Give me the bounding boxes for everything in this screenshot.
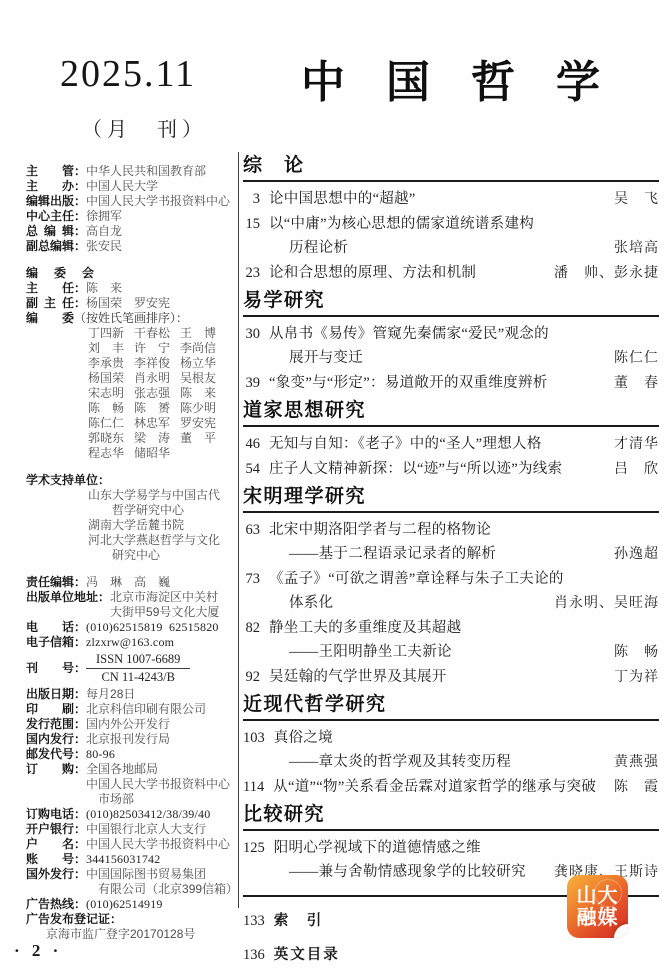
publication-info-entry-value-line: 市场部 <box>86 792 234 807</box>
publisher-info-entry-value: 中国人民大学 <box>86 179 234 194</box>
board-deputy-label-text: 副主任 <box>26 296 74 311</box>
publication-info-entry-label: 邮发代号： <box>26 747 86 762</box>
toc-item-row: 63北宋中期洛阳学者与二程的格物论 <box>243 518 659 542</box>
publication-info-entry-label: 刊号： <box>26 661 86 676</box>
article-page-number: 73 <box>243 567 269 591</box>
publication-info-entry-value-line: 中国银行北京人大支行 <box>86 822 234 837</box>
publisher-info-entry: 副总编辑：张安民 <box>26 239 234 254</box>
member-name: 肖永明 <box>134 371 176 386</box>
publication-info-entry: 账号：344156031742 <box>26 852 234 867</box>
editorial-board-block: 编 委 会主任：陈 来副主任：杨国荣 罗安宪编委（按姓氏笔画排序）：丁四新干春松… <box>26 266 234 461</box>
article-page-number: 23 <box>243 261 269 285</box>
label-colon: ： <box>74 702 86 716</box>
article-title-line: 北宋中期洛阳学者与二程的格物论 <box>269 518 491 542</box>
publication-info-block: 责任编辑：冯 琳 高 巍出版单位地址：北京市海淀区中关村大街甲59号文化大厦电话… <box>26 575 234 942</box>
academic-support-block: 学术支持单位：山东大学易学与中国古代哲学研究中心湖南大学岳麓书院河北大学燕赵哲学… <box>26 473 234 563</box>
journal-title: 中 国 哲 学 <box>288 46 628 110</box>
toc-item-row: ——基于二程语录记录者的解析孙逸超 <box>243 542 659 567</box>
publisher-info-entry-label: 总编辑： <box>26 224 86 239</box>
article-authors: 潘 帅、彭永捷 <box>546 262 659 286</box>
publisher-info-entry: 编辑出版：中国人民大学书报资料中心 <box>26 194 234 209</box>
publication-info-entry-value: ISSN 1007-6689CN 11-4243/B <box>86 652 234 685</box>
article-title-line: ——兼与舍勒情感现象学的比较研究 <box>269 860 526 884</box>
publication-info-entry-label: 广告发布登记证： <box>26 912 234 927</box>
article-authors: 黄燕强 <box>606 751 659 775</box>
article-page-number: 92 <box>243 665 269 689</box>
publication-info-entry-label-text: 开户银行 <box>26 822 74 837</box>
toc-item-row: 82静坐工夫的多重维度及其超越 <box>243 616 659 640</box>
publication-info-entry-label: 出版日期： <box>26 687 86 702</box>
publication-info-entry-value: zlzxrw@163.com <box>86 635 234 650</box>
toc-section-title: 近现代哲学研究 <box>243 693 659 721</box>
label-colon: ： <box>74 179 86 193</box>
publication-info-entry-value: 每月28日 <box>86 687 234 702</box>
publisher-info-entry-label-text: 副总编辑 <box>26 239 74 254</box>
member-name: 陈 畅 <box>88 401 130 416</box>
article-authors: 陈仁仁 <box>606 347 659 371</box>
article-authors: 董 春 <box>606 372 659 396</box>
publication-info-entry-label-text: 广告热线 <box>26 897 74 912</box>
editorial-board-heading: 编 委 会 <box>26 266 234 281</box>
publication-info-entry-value-line: 国内外公开发行 <box>86 717 234 732</box>
member-name: 宋志明 <box>88 386 130 401</box>
publisher-info-entry: 主办：中国人民大学 <box>26 179 234 194</box>
toc-item-row: 23论和合思想的原理、方法和机制潘 帅、彭永捷 <box>243 261 659 286</box>
publication-info-entry-label: 发行范围： <box>26 717 86 732</box>
label-colon: ： <box>74 296 86 310</box>
article-title-line: 体系化 <box>269 591 333 615</box>
member-name: 李尚信 <box>180 341 234 356</box>
toc-item-row: 39“象变”与“形定”：易道敞开的双重维度辨析董 春 <box>243 371 659 396</box>
academic-support-line: 哲学研究中心 <box>26 503 234 518</box>
publication-info-entry-value-line: zlzxrw@163.com <box>86 635 234 650</box>
board-director-value-line: 陈 来 <box>86 281 234 296</box>
publisher-info-entry-value-line: 中国人民大学书报资料中心 <box>86 194 234 209</box>
member-name: 罗安宪 <box>180 416 234 431</box>
publication-info-entry-label: 账号： <box>26 852 86 867</box>
toc-item-row: 73《孟子》“可欲之谓善”章诠释与朱子工夫论的 <box>243 567 659 591</box>
article-page-number: 136 <box>243 943 274 967</box>
publisher-info-entry-label-text: 编辑出版 <box>26 194 74 209</box>
board-members-note: （按姓氏笔画排序）： <box>74 311 234 326</box>
publication-info-entry: 电子信箱：zlzxrw@163.com <box>26 635 234 650</box>
publication-info-entry-label-text: 出版日期 <box>26 687 74 702</box>
publication-info-entry-label: 订购： <box>26 762 86 807</box>
toc-item-row: ——王阳明静坐工夫新论陈 畅 <box>243 640 659 665</box>
member-name: 梁 涛 <box>134 431 176 446</box>
member-name: 储昭华 <box>134 446 176 461</box>
publication-info-entry-label: 责任编辑： <box>26 575 86 590</box>
column-divider <box>238 152 239 908</box>
publication-info-entry-value: 北京报刊发行局 <box>86 732 234 747</box>
member-name: 程志华 <box>88 446 130 461</box>
publication-info-entry-label-text: 户名 <box>26 837 74 852</box>
article-page-number: 63 <box>243 518 269 542</box>
member-name: 郭晓东 <box>88 431 130 446</box>
publication-info-entry-label: 开户银行： <box>26 822 86 837</box>
academic-support-line: 湖南大学岳麓书院 <box>26 518 234 533</box>
toc-section-title: 宋明理学研究 <box>243 485 659 513</box>
article-title-line: 真俗之境 <box>274 726 333 750</box>
toc-item-row: 54庄子人文精神新探：以“迹”与“所以迹”为线索吕 欣 <box>243 457 659 482</box>
article-authors: 吕 欣 <box>606 458 659 482</box>
publication-info-entry-value: 北京科信印刷有限公司 <box>86 702 234 717</box>
toc-item-row: ——章太炎的哲学观及其转变历程黄燕强 <box>243 750 659 775</box>
publication-info-entry-label-text: 发行范围 <box>26 717 74 732</box>
publication-info-entry-label: 国内发行： <box>26 732 86 747</box>
publication-info-entry-label-text: 印刷 <box>26 702 74 717</box>
publication-info-entry-value-line: 冯 琳 高 巍 <box>86 575 234 590</box>
article-page-number: 82 <box>243 616 269 640</box>
board-director-label: 主任： <box>26 281 86 296</box>
member-name: 陈少明 <box>180 401 234 416</box>
publisher-info-entry: 总编辑：高自龙 <box>26 224 234 239</box>
publisher-info-entry-label: 主办： <box>26 179 86 194</box>
member-name: 张志强 <box>134 386 176 401</box>
article-authors: 孙逸超 <box>606 543 659 567</box>
toc-section-title: 综 论 <box>243 154 659 182</box>
publication-info-entry-value: 冯 琳 高 巍 <box>86 575 234 590</box>
logo-text-line2: 融媒 <box>577 907 619 929</box>
publication-info-entry-label-text: 电话 <box>26 620 74 635</box>
article-page-number: 39 <box>243 371 269 395</box>
publication-info-entry-value-line: 北京科信印刷有限公司 <box>86 702 234 717</box>
member-name: 董 平 <box>180 431 234 446</box>
publication-info-entry-value: (010)82503412/38/39/40 <box>86 807 234 822</box>
publisher-info-entry-value: 徐拥军 <box>86 209 234 224</box>
article-title-line: 阳明心学视域下的道德情感之维 <box>274 836 481 860</box>
publication-info-entry-value-line: 中国国际图书贸易集团 <box>86 867 234 882</box>
member-name: 杨国荣 <box>88 371 130 386</box>
toc-item-row: 30从帛书《易传》管窥先秦儒家“爱民”观念的 <box>243 322 659 346</box>
end-item-title: 英文目录 <box>274 943 340 967</box>
publication-info-entry-value-line: 80-96 <box>86 747 234 762</box>
article-title-line: ——基于二程语录记录者的解析 <box>269 542 496 566</box>
board-members-label: 编委 <box>26 311 74 326</box>
publisher-info-entry-value-line: 中国人民大学 <box>86 179 234 194</box>
article-page-number: 3 <box>243 187 269 211</box>
publisher-info-entry-label-text: 主管 <box>26 164 74 179</box>
publisher-info-entry-value: 张安民 <box>86 239 234 254</box>
member-name: 丁四新 <box>88 326 130 341</box>
label-colon: ： <box>74 620 86 634</box>
article-title-line: “象变”与“形定”：易道敞开的双重维度辨析 <box>269 371 548 395</box>
board-director-value: 陈 来 <box>86 281 234 296</box>
publisher-info-entry-value: 高自龙 <box>86 224 234 239</box>
publisher-info-entry-label: 主管： <box>26 164 86 179</box>
publisher-info-entry-value-line: 张安民 <box>86 239 234 254</box>
board-members-label-text: 编委 <box>26 311 74 326</box>
board-director: 主任：陈 来 <box>26 281 234 296</box>
publication-info-entry: 出版单位地址：北京市海淀区中关村大街甲59号文化大厦 <box>26 590 234 620</box>
article-title-line: 历程论析 <box>269 236 348 260</box>
publication-info-entry: 广告热线：(010)62514919 <box>26 897 234 912</box>
journal-contents-page: 2025.11 （月 刊） 中 国 哲 学 主管：中华人民共和国教育部主办：中国… <box>0 0 672 980</box>
publication-info-entry-value-line: (010)62514919 <box>86 897 234 912</box>
board-members-row: 编委（按姓氏笔画排序）： <box>26 311 234 326</box>
logo-text-line1: 山大 <box>577 885 619 907</box>
publication-info-entry: 广告发布登记证：京海市监广登字20170128号 <box>26 912 234 942</box>
publication-info-entry-label-text: 电子信箱 <box>26 635 74 650</box>
publication-info-entry-value-line: 京海市监广登字20170128号 <box>26 927 234 942</box>
member-name: 王 博 <box>180 326 234 341</box>
article-authors: 陈 霞 <box>606 776 659 800</box>
member-name: 陈 来 <box>180 386 234 401</box>
article-page-number: 103 <box>243 726 274 750</box>
publication-info-entry: 发行范围：国内外公开发行 <box>26 717 234 732</box>
article-authors: 肖永明、吴旺海 <box>546 592 659 616</box>
member-name: 林忠军 <box>134 416 176 431</box>
shanda-media-logo: 山大 融媒 <box>567 875 628 938</box>
member-name: 陈仁仁 <box>88 416 130 431</box>
article-title-line: ——章太炎的哲学观及其转变历程 <box>269 750 511 774</box>
toc-section-title: 道家思想研究 <box>243 399 659 427</box>
label-colon: ： <box>74 717 86 731</box>
publication-info-entry: 邮发代号：80-96 <box>26 747 234 762</box>
board-deputy-value-line: 杨国荣 罗安宪 <box>86 296 234 311</box>
publication-info-entry-value: 国内外公开发行 <box>86 717 234 732</box>
issue-date: 2025.11 <box>60 52 196 96</box>
member-name: 李祥俊 <box>134 356 176 371</box>
publication-info-entry: 电话：(010)62515819 62515820 <box>26 620 234 635</box>
publication-info-entry-value: 中国银行北京人大支行 <box>86 822 234 837</box>
publication-info-entry-value-line: 中国人民大学书报资料中心 <box>86 777 234 792</box>
academic-support-line: 研究中心 <box>26 548 234 563</box>
publication-info-entry: 国内发行：北京报刊发行局 <box>26 732 234 747</box>
board-members-grid: 丁四新干春松王 博刘 丰许 宁李尚信李承贵李祥俊杨立华杨国荣肖永明吴根友宋志明张… <box>26 326 234 461</box>
label-colon: ： <box>74 164 86 178</box>
member-name: 陈 赟 <box>134 401 176 416</box>
toc-item-row: 3论中国思想中的“超越”吴 飞 <box>243 187 659 212</box>
publication-info-entry-label: 户名： <box>26 837 86 852</box>
table-of-contents: 综 论3论中国思想中的“超越”吴 飞15以“中庸”为核心思想的儒家道统谱系建构历… <box>243 151 659 977</box>
publisher-info-entry-value-line: 中华人民共和国教育部 <box>86 164 234 179</box>
article-authors: 丁为祥 <box>606 666 659 690</box>
toc-item-row: 展开与变迁陈仁仁 <box>243 346 659 371</box>
publication-info-entry-value-line: 有限公司（北京399信箱） <box>86 882 234 897</box>
publisher-info-entry-label: 副总编辑： <box>26 239 86 254</box>
label-colon: ： <box>74 281 86 295</box>
label-colon: ： <box>74 239 86 253</box>
member-name: 干春松 <box>134 326 176 341</box>
board-director-label-text: 主任 <box>26 281 74 296</box>
article-title-line: ——王阳明静坐工夫新论 <box>269 640 452 664</box>
toc-item-row: 92吴廷翰的气学世界及其展开丁为祥 <box>243 665 659 690</box>
publication-info-entry: 订购：全国各地邮局中国人民大学书报资料中心市场部 <box>26 762 234 807</box>
publication-info-entry-value-line: 每月28日 <box>86 687 234 702</box>
publication-info-entry-label-text: 账号 <box>26 852 74 867</box>
toc-section-title: 易学研究 <box>243 289 659 317</box>
publisher-info-entry: 主管：中华人民共和国教育部 <box>26 164 234 179</box>
article-authors: 吴 飞 <box>606 188 659 212</box>
label-colon: ： <box>74 687 86 701</box>
publisher-info-entry-label: 编辑出版： <box>26 194 86 209</box>
member-name: 李承贵 <box>88 356 130 371</box>
publisher-info-entry-label: 中心主任： <box>26 209 86 224</box>
publication-info-entry: 刊号：ISSN 1007-6689CN 11-4243/B <box>26 652 234 685</box>
toc-item-row: 125阳明心学视域下的道德情感之维 <box>243 836 659 860</box>
page-footer-number: · 2 · <box>14 941 62 961</box>
publication-info-entry-value: (010)62514919 <box>86 897 234 912</box>
article-title-line: 展开与变迁 <box>269 346 363 370</box>
publication-info-entry: 国外发行：中国国际图书贸易集团有限公司（北京399信箱） <box>26 867 234 897</box>
toc-item-row: 体系化肖永明、吴旺海 <box>243 591 659 616</box>
publisher-info-entry: 中心主任：徐拥军 <box>26 209 234 224</box>
label-colon: ： <box>74 209 86 223</box>
publication-info-entry-value: 北京市海淀区中关村大街甲59号文化大厦 <box>110 590 234 620</box>
publication-info-entry: 出版日期：每月28日 <box>26 687 234 702</box>
publication-info-entry-value: 全国各地邮局中国人民大学书报资料中心市场部 <box>86 762 234 807</box>
publication-info-entry-label: 电子信箱： <box>26 635 86 650</box>
member-name <box>180 446 234 461</box>
label-colon: ： <box>74 194 86 208</box>
article-authors: 才清华 <box>606 433 659 457</box>
publication-info-entry: 印刷：北京科信印刷有限公司 <box>26 702 234 717</box>
publisher-info-entry-value-line: 高自龙 <box>86 224 234 239</box>
issn-cn-fraction: ISSN 1007-6689CN 11-4243/B <box>86 652 190 685</box>
publication-info-entry-label: 广告热线： <box>26 897 86 912</box>
label-colon: ： <box>98 590 110 604</box>
label-colon: ： <box>74 224 86 238</box>
label-colon: ： <box>74 822 86 836</box>
publication-info-entry-value-line: 全国各地邮局 <box>86 762 234 777</box>
article-title-line: 吴廷翰的气学世界及其展开 <box>269 665 447 689</box>
publisher-info-entry-label-text: 主办 <box>26 179 74 194</box>
publication-info-entry-label: 订购电话： <box>26 807 86 822</box>
publication-info-entry-value-line: 中国人民大学书报资料中心 <box>86 837 234 852</box>
academic-support-line: 河北大学燕赵哲学与文化 <box>26 533 234 548</box>
cn-number: CN 11-4243/B <box>86 669 190 685</box>
article-page-number: 30 <box>243 322 269 346</box>
article-title-line: 论中国思想中的“超越” <box>269 187 416 211</box>
publication-info-entry-value: 80-96 <box>86 747 234 762</box>
end-item-title: 索 引 <box>274 909 324 933</box>
article-title-line: 庄子人文精神新探：以“迹”与“所以迹”为线索 <box>269 457 562 481</box>
publisher-info-entry-value-line: 徐拥军 <box>86 209 234 224</box>
label-colon: ： <box>74 762 86 776</box>
label-colon: ： <box>74 867 86 881</box>
publication-info-entry-value: 344156031742 <box>86 852 234 867</box>
publication-info-entry-label-text: 订购电话 <box>26 807 74 822</box>
publication-info-entry-label-text: 邮发代号 <box>26 747 74 762</box>
member-name: 杨立华 <box>180 356 234 371</box>
frequency-label: （月 刊） <box>82 113 207 142</box>
article-page-number: 15 <box>243 212 269 236</box>
article-title-line: 从“道”“物”关系看金岳霖对道家哲学的继承与突破 <box>273 775 596 799</box>
label-colon: ： <box>74 575 86 589</box>
article-page-number: 125 <box>243 836 274 860</box>
toc-item-row: 46无知与自知：《老子》中的“圣人”理想人格才清华 <box>243 432 659 457</box>
label-colon: ： <box>74 635 86 649</box>
board-deputy: 副主任：杨国荣 罗安宪 <box>26 296 234 311</box>
publication-info-entry-label-text: 责任编辑 <box>26 575 74 590</box>
article-authors: 张培高 <box>606 237 659 261</box>
member-name: 许 宁 <box>134 341 176 356</box>
article-title-line: 无知与自知：《老子》中的“圣人”理想人格 <box>269 432 542 456</box>
publication-info-entry-label: 印刷： <box>26 702 86 717</box>
toc-end-row: 136英文目录 <box>243 943 659 967</box>
board-deputy-value: 杨国荣 罗安宪 <box>86 296 234 311</box>
label-colon: ： <box>74 732 86 746</box>
article-title-line: 以“中庸”为核心思想的儒家道统谱系建构 <box>269 212 534 236</box>
publication-info-entry-value-line: (010)82503412/38/39/40 <box>86 807 234 822</box>
publication-info-entry-value-line: 344156031742 <box>86 852 234 867</box>
publication-info-entry: 开户银行：中国银行北京人大支行 <box>26 822 234 837</box>
publication-info-entry: 订购电话：(010)82503412/38/39/40 <box>26 807 234 822</box>
label-colon: ： <box>74 837 86 851</box>
article-page-number: 54 <box>243 457 269 481</box>
label-colon: ： <box>74 807 86 821</box>
publisher-info-entry-value: 中华人民共和国教育部 <box>86 164 234 179</box>
issn-number: ISSN 1007-6689 <box>86 652 190 669</box>
academic-support-line: 山东大学易学与中国古代 <box>26 488 234 503</box>
publisher-info-block: 主管：中华人民共和国教育部主办：中国人民大学编辑出版：中国人民大学书报资料中心中… <box>26 164 234 254</box>
toc-section-title: 比较研究 <box>243 803 659 831</box>
member-name: 吴根友 <box>180 371 234 386</box>
publisher-info-entry-label-text: 总编辑 <box>26 224 74 239</box>
publication-info-entry-value-line: (010)62515819 62515820 <box>86 620 234 635</box>
publication-info-entry-label-text: 刊号 <box>26 661 74 676</box>
article-title-line: 论和合思想的原理、方法和机制 <box>269 261 476 285</box>
publication-info-entry-label-text: 国内发行 <box>26 732 74 747</box>
member-name: 刘 丰 <box>88 341 130 356</box>
publisher-info-entry-label-text: 中心主任 <box>26 209 74 224</box>
publication-info-entry-value-line: 大街甲59号文化大厦 <box>110 605 234 620</box>
label-colon: ： <box>74 897 86 911</box>
board-deputy-label: 副主任： <box>26 296 86 311</box>
publication-info-entry-label-text: 出版单位地址 <box>26 590 98 605</box>
article-title-line: 从帛书《易传》管窥先秦儒家“爱民”观念的 <box>269 322 549 346</box>
masthead-info-column: 主管：中华人民共和国教育部主办：中国人民大学编辑出版：中国人民大学书报资料中心中… <box>26 164 234 942</box>
publication-info-entry-value: (010)62515819 62515820 <box>86 620 234 635</box>
publication-info-entry-label: 电话： <box>26 620 86 635</box>
toc-item-row: 103真俗之境 <box>243 726 659 750</box>
label-colon: ： <box>74 661 86 675</box>
toc-item-row: 114从“道”“物”关系看金岳霖对道家哲学的继承与突破陈 霞 <box>243 775 659 800</box>
publication-info-entry-label: 国外发行： <box>26 867 86 897</box>
toc-item-row: 15以“中庸”为核心思想的儒家道统谱系建构 <box>243 212 659 236</box>
publication-info-entry: 责任编辑：冯 琳 高 巍 <box>26 575 234 590</box>
article-page-number: 46 <box>243 432 269 456</box>
publisher-info-entry-value: 中国人民大学书报资料中心 <box>86 194 234 209</box>
article-authors: 陈 畅 <box>606 641 659 665</box>
article-title-line: 静坐工夫的多重维度及其超越 <box>269 616 461 640</box>
academic-support-label: 学术支持单位： <box>26 473 234 488</box>
publication-info-entry-value-line: 北京市海淀区中关村 <box>110 590 234 605</box>
publication-info-entry-value: 中国国际图书贸易集团有限公司（北京399信箱） <box>86 867 234 897</box>
toc-item-row: 历程论析张培高 <box>243 236 659 261</box>
article-page-number: 133 <box>243 909 274 933</box>
publication-info-entry-label-text: 国外发行 <box>26 867 74 882</box>
publication-info-entry-label-text: 订购 <box>26 762 74 777</box>
article-title-line: 《孟子》“可欲之谓善”章诠释与朱子工夫论的 <box>269 567 564 591</box>
label-colon: ： <box>74 852 86 866</box>
publication-info-entry-value-line: 北京报刊发行局 <box>86 732 234 747</box>
article-page-number: 114 <box>243 775 273 799</box>
publication-info-entry: 户名：中国人民大学书报资料中心 <box>26 837 234 852</box>
publication-info-entry-value: 中国人民大学书报资料中心 <box>86 837 234 852</box>
label-colon: ： <box>74 747 86 761</box>
publication-info-entry-label: 出版单位地址： <box>26 590 110 620</box>
